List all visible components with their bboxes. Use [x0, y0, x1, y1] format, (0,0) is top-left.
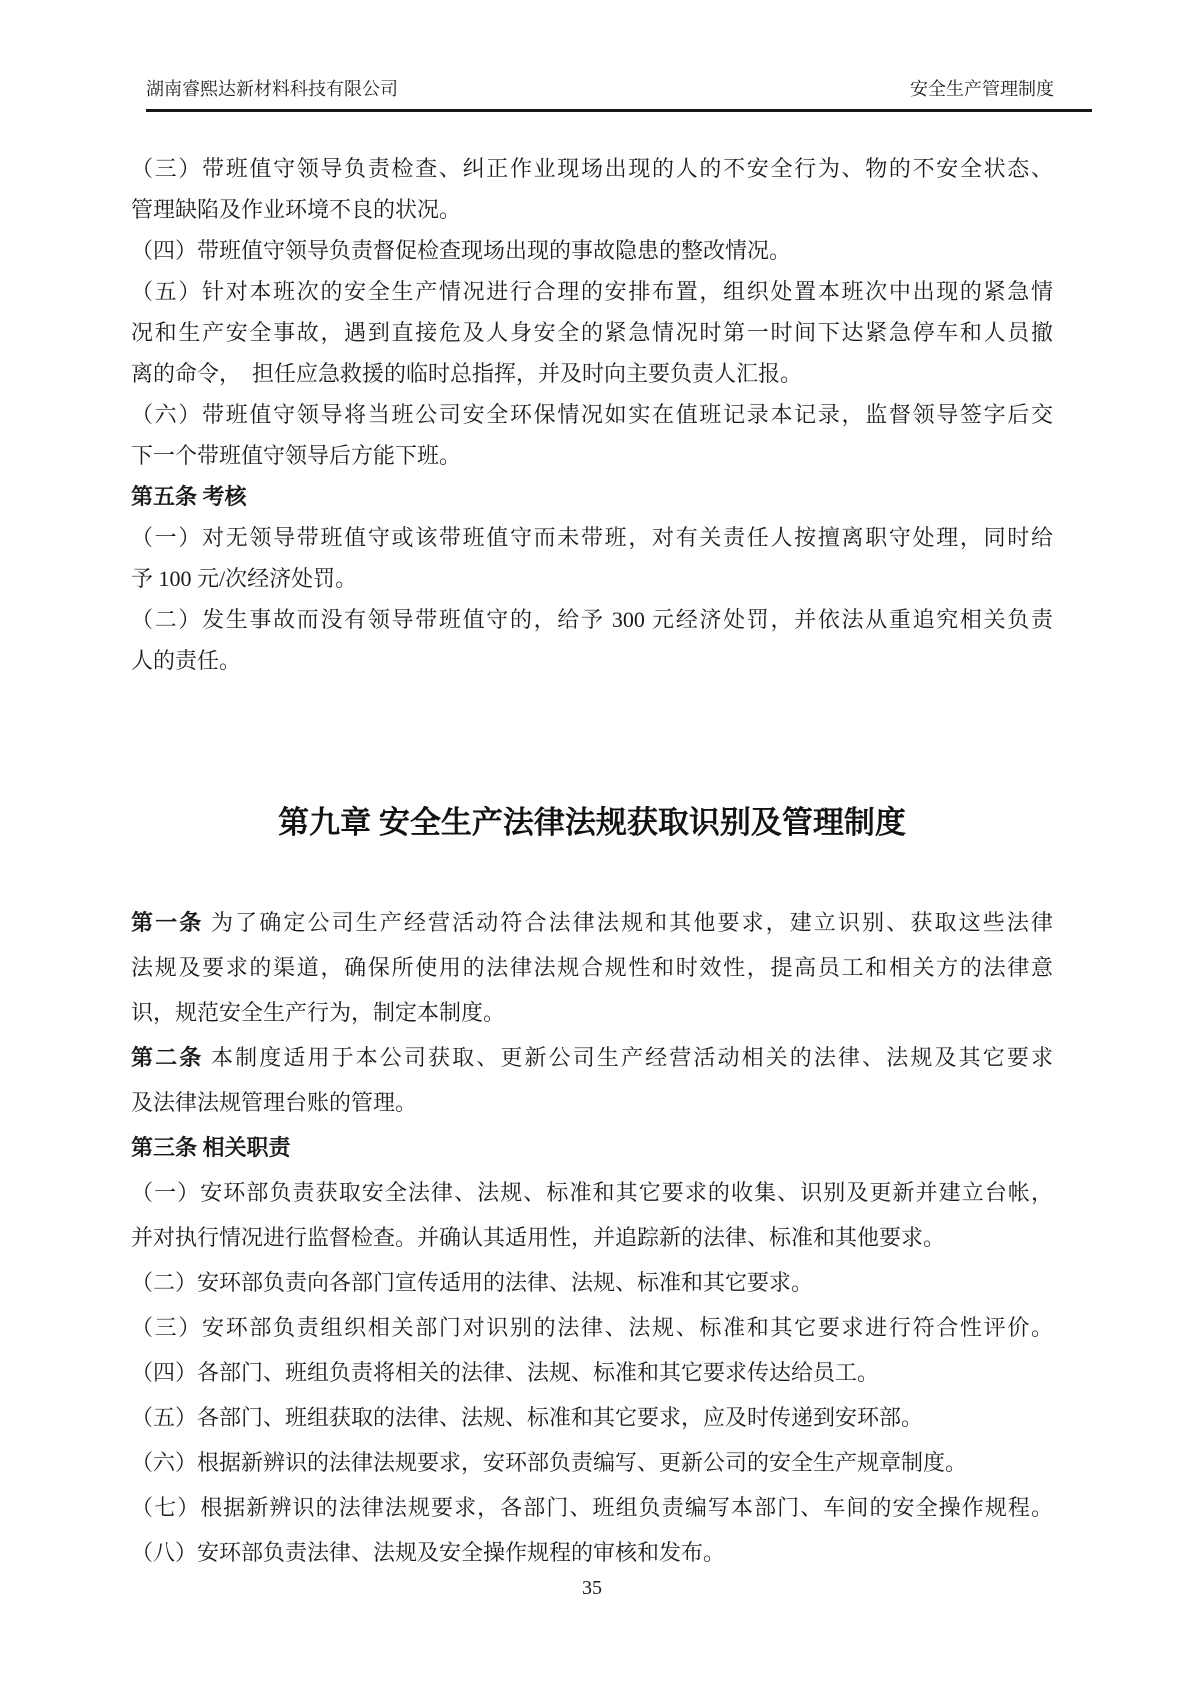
bold-lead: 第五条 考核: [131, 484, 247, 509]
text-line: （六）带班值守领导将当班公司安全环保情况如实在值班记录本记录，监督领导签字后交: [131, 394, 1053, 435]
text-line: （二）安环部负责向各部门宣传适用的法律、法规、标准和其它要求。: [131, 1260, 1053, 1305]
document-page: 湖南睿熙达新材料科技有限公司 安全生产管理制度 （三）带班值守领导负责检查、纠正…: [0, 0, 1200, 1697]
text-line: （四）带班值守领导负责督促检查现场出现的事故隐患的整改情况。: [131, 230, 1053, 271]
line-text: （二）安环部负责向各部门宣传适用的法律、法规、标准和其它要求。: [131, 1270, 813, 1295]
text-line: （六）根据新辨识的法律法规要求，安环部负责编写、更新公司的安全生产规章制度。: [131, 1440, 1053, 1485]
line-text: 并对执行情况进行监督检查。并确认其适用性，并追踪新的法律、标准和其他要求。: [131, 1225, 945, 1250]
text-line: （一）对无领导带班值守或该带班值守而未带班，对有关责任人按擅离职守处理，同时给: [131, 517, 1053, 558]
bold-lead: 第三条 相关职责: [131, 1135, 291, 1160]
text-line: （三）带班值守领导负责检查、纠正作业现场出现的人的不安全行为、物的不安全状态、: [131, 148, 1053, 189]
line-text: 离的命令， 担任应急救援的临时总指挥，并及时向主要负责人汇报。: [131, 361, 802, 386]
bold-lead: 第一条: [131, 910, 203, 935]
line-text: （四）各部门、班组负责将相关的法律、法规、标准和其它要求传达给员工。: [131, 1360, 879, 1385]
text-line: （四）各部门、班组负责将相关的法律、法规、标准和其它要求传达给员工。: [131, 1350, 1053, 1395]
text-line: （三）安环部负责组织相关部门对识别的法律、法规、标准和其它要求进行符合性评价。: [131, 1305, 1053, 1350]
text-line: 识，规范安全生产行为，制定本制度。: [131, 990, 1053, 1035]
text-line: 第二条 本制度适用于本公司获取、更新公司生产经营活动相关的法律、法规及其它要求: [131, 1035, 1053, 1080]
page-header: 湖南睿熙达新材料科技有限公司 安全生产管理制度: [146, 78, 1092, 112]
line-text: 人的责任。: [131, 648, 241, 673]
header-doc-title: 安全生产管理制度: [910, 78, 1054, 100]
section-law-regulation-management: 第一条 为了确定公司生产经营活动符合法律法规和其他要求，建立识别、获取这些法律法…: [131, 900, 1053, 1575]
text-line: 离的命令， 担任应急救援的临时总指挥，并及时向主要负责人汇报。: [131, 353, 1053, 394]
text-line: （五）各部门、班组获取的法律、法规、标准和其它要求，应及时传递到安环部。: [131, 1395, 1053, 1440]
line-text: 及法律法规管理台账的管理。: [131, 1090, 417, 1115]
section-duty-and-assessment: （三）带班值守领导负责检查、纠正作业现场出现的人的不安全行为、物的不安全状态、管…: [131, 148, 1053, 681]
bold-lead: 第二条: [131, 1045, 203, 1070]
text-line: （七）根据新辨识的法律法规要求，各部门、班组负责编写本部门、车间的安全操作规程。: [131, 1485, 1053, 1530]
line-text: 下一个带班值守领导后方能下班。: [131, 443, 461, 468]
line-text: （八）安环部负责法律、法规及安全操作规程的审核和发布。: [131, 1540, 725, 1565]
text-line: （一）安环部负责获取安全法律、法规、标准和其它要求的收集、识别及更新并建立台帐，: [131, 1170, 1053, 1215]
line-text: 为了确定公司生产经营活动符合法律法规和其他要求，建立识别、获取这些法律: [203, 910, 1053, 935]
line-text: （五）针对本班次的安全生产情况进行合理的安排布置，组织处置本班次中出现的紧急情: [131, 279, 1053, 304]
text-line: 下一个带班值守领导后方能下班。: [131, 435, 1053, 476]
line-text: 识，规范安全生产行为，制定本制度。: [131, 1000, 505, 1025]
line-text: （六）带班值守领导将当班公司安全环保情况如实在值班记录本记录，监督领导签字后交: [131, 402, 1053, 427]
text-line: 人的责任。: [131, 640, 1053, 681]
line-text: 本制度适用于本公司获取、更新公司生产经营活动相关的法律、法规及其它要求: [203, 1045, 1053, 1070]
header-company-name: 湖南睿熙达新材料科技有限公司: [146, 78, 398, 100]
text-line: （五）针对本班次的安全生产情况进行合理的安排布置，组织处置本班次中出现的紧急情: [131, 271, 1053, 312]
chapter-title: 第九章 安全生产法律法规获取识别及管理制度: [131, 803, 1053, 843]
line-text: （六）根据新辨识的法律法规要求，安环部负责编写、更新公司的安全生产规章制度。: [131, 1450, 967, 1475]
text-line: 及法律法规管理台账的管理。: [131, 1080, 1053, 1125]
text-line: 第三条 相关职责: [131, 1125, 1053, 1170]
text-line: 并对执行情况进行监督检查。并确认其适用性，并追踪新的法律、标准和其他要求。: [131, 1215, 1053, 1260]
line-text: （二）发生事故而没有领导带班值守的，给予 300 元经济处罚，并依法从重追究相关…: [131, 607, 1053, 632]
text-line: （八）安环部负责法律、法规及安全操作规程的审核和发布。: [131, 1530, 1053, 1575]
line-text: （四）带班值守领导负责督促检查现场出现的事故隐患的整改情况。: [131, 238, 791, 263]
text-line: 第一条 为了确定公司生产经营活动符合法律法规和其他要求，建立识别、获取这些法律: [131, 900, 1053, 945]
line-text: 管理缺陷及作业环境不良的状况。: [131, 197, 461, 222]
line-text: 法规及要求的渠道，确保所使用的法律法规合规性和时效性，提高员工和相关方的法律意: [131, 955, 1053, 980]
line-text: （一）对无领导带班值守或该带班值守而未带班，对有关责任人按擅离职守处理，同时给: [131, 525, 1053, 550]
page-footer: 35: [131, 1576, 1053, 1600]
text-line: 予 100 元/次经济处罚。: [131, 558, 1053, 599]
line-text: （五）各部门、班组获取的法律、法规、标准和其它要求，应及时传递到安环部。: [131, 1405, 923, 1430]
line-text: （一）安环部负责获取安全法律、法规、标准和其它要求的收集、识别及更新并建立台帐，: [131, 1180, 1053, 1205]
text-line: 况和生产安全事故，遇到直接危及人身安全的紧急情况时第一时间下达紧急停车和人员撤: [131, 312, 1053, 353]
text-line: 法规及要求的渠道，确保所使用的法律法规合规性和时效性，提高员工和相关方的法律意: [131, 945, 1053, 990]
line-text: （三）安环部负责组织相关部门对识别的法律、法规、标准和其它要求进行符合性评价。: [131, 1315, 1053, 1340]
page-number: 35: [582, 1577, 602, 1599]
line-text: （三）带班值守领导负责检查、纠正作业现场出现的人的不安全行为、物的不安全状态、: [131, 156, 1053, 181]
line-text: 况和生产安全事故，遇到直接危及人身安全的紧急情况时第一时间下达紧急停车和人员撤: [131, 320, 1053, 345]
line-text: （七）根据新辨识的法律法规要求，各部门、班组负责编写本部门、车间的安全操作规程。: [131, 1495, 1053, 1520]
line-text: 予 100 元/次经济处罚。: [131, 566, 357, 591]
text-line: 第五条 考核: [131, 476, 1053, 517]
text-line: 管理缺陷及作业环境不良的状况。: [131, 189, 1053, 230]
text-line: （二）发生事故而没有领导带班值守的，给予 300 元经济处罚，并依法从重追究相关…: [131, 599, 1053, 640]
